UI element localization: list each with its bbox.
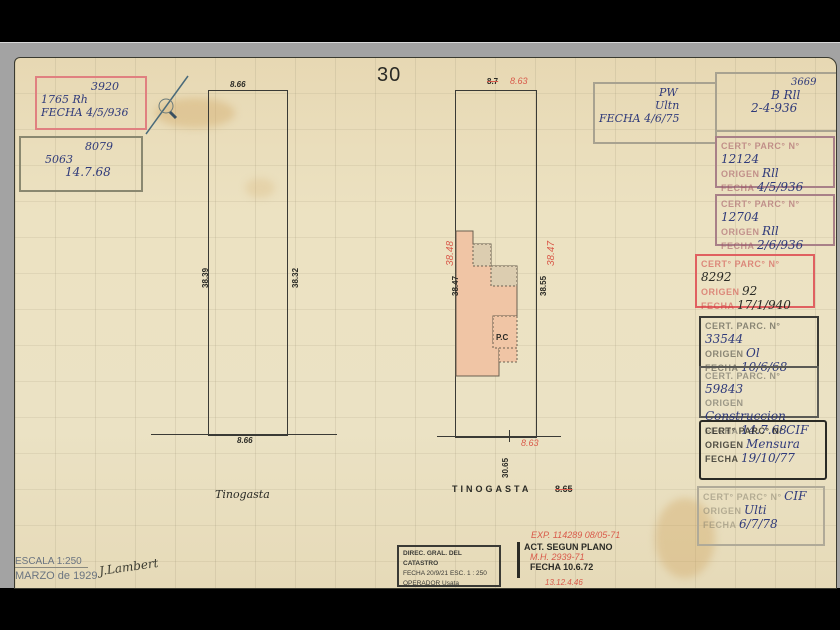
right-stamp-7: CERT° PARC° N° CIF ORIGEN Ulti FECHA 6/7… [697,486,825,546]
parcel1-bottom-width: 8.66 [237,436,253,445]
scale-label: ESCALA 1:250 [15,556,88,568]
parcel2-bottom-width-corrected: 8.63 [521,438,539,448]
right-stamp-0: 3669 B Rll 2-4-936 [715,72,837,132]
right-stamp-4: CERT. PARC. N° 33544 ORIGEN Ol FECHA 10/… [699,316,819,368]
right-stamp-6: CERT° PARC° N° CIF ORIGEN Mensura FECHA … [699,420,827,480]
gray-stamp-left: 8079 5063 14.7.68 [19,136,143,192]
act-stamp: ACT. SEGUN PLANO M.H. 2939-71 FECHA 10.6… [517,542,630,578]
right-stamp-3: CERT° PARC° N° 8292 ORIGEN 92 FECHA 17/1… [695,254,815,308]
parcel2-tick [509,430,510,442]
parcel1-right-depth: 38.32 [291,268,300,288]
parcel1-street-name: Tinogasta [215,488,270,501]
sheet-number: 30 [377,64,401,87]
parcel1-outline [208,90,288,436]
top-black-band [0,0,840,42]
parcel2-building-footprint [455,230,535,378]
red-stamp-left: 3920 1765 Rh FECHA 4/5/936 [35,76,147,130]
parcel2-right-depth: 38.55 [539,276,548,296]
right-stamp-2: CERT° PARC° N° 12704 ORIGEN Rll FECHA 2/… [715,194,835,246]
parcel1-left-depth: 38.39 [201,268,210,288]
date-label: MARZO de 1929 [15,570,98,582]
parcel2-street-line [437,436,561,437]
parcel2-right-depth-corrected: 38.47 [546,241,557,266]
parcel1-street-line [151,434,337,435]
bottom-black-band [0,588,840,630]
parcel2-street-width: 8.65 [555,484,573,494]
parcel2-top-width: 8.7 [487,77,498,86]
right-stamp-5: CERT. PARC. N° 59843 ORIGEN Construccion… [699,366,819,418]
right-stamp-1: CERT° PARC° N° 12124 ORIGEN Rll FECHA 4/… [715,136,835,188]
parcel2-left-depth: 38.47 [451,276,460,296]
north-arrow-icon [140,72,200,142]
parcel2-street-name: TINOGASTA [452,484,531,494]
parcel2-top-width-corrected: 8.63 [510,76,528,86]
parcel1-top-width: 8.66 [230,80,246,89]
act-stamp-red-bottom: 13.12.4.46 [545,578,583,587]
parcel2-frontage-distance: 30.65 [501,458,510,478]
cadastral-plan-document: 30 3920 1765 Rh FECHA 4/5/936 8079 5063 … [14,57,837,589]
parcel2-left-depth-corrected: 38.48 [445,241,456,266]
catastro-stamp: DIREC. GRAL. DEL CATASTRO FECHA 20/9/21 … [397,545,501,587]
parcel2-building-label: P.C [496,333,508,342]
act-stamp-red-top: EXP. 114289 08/05-71 [531,530,620,540]
gray-stamp-top: PW Ultn FECHA 4/6/75 [593,82,717,144]
